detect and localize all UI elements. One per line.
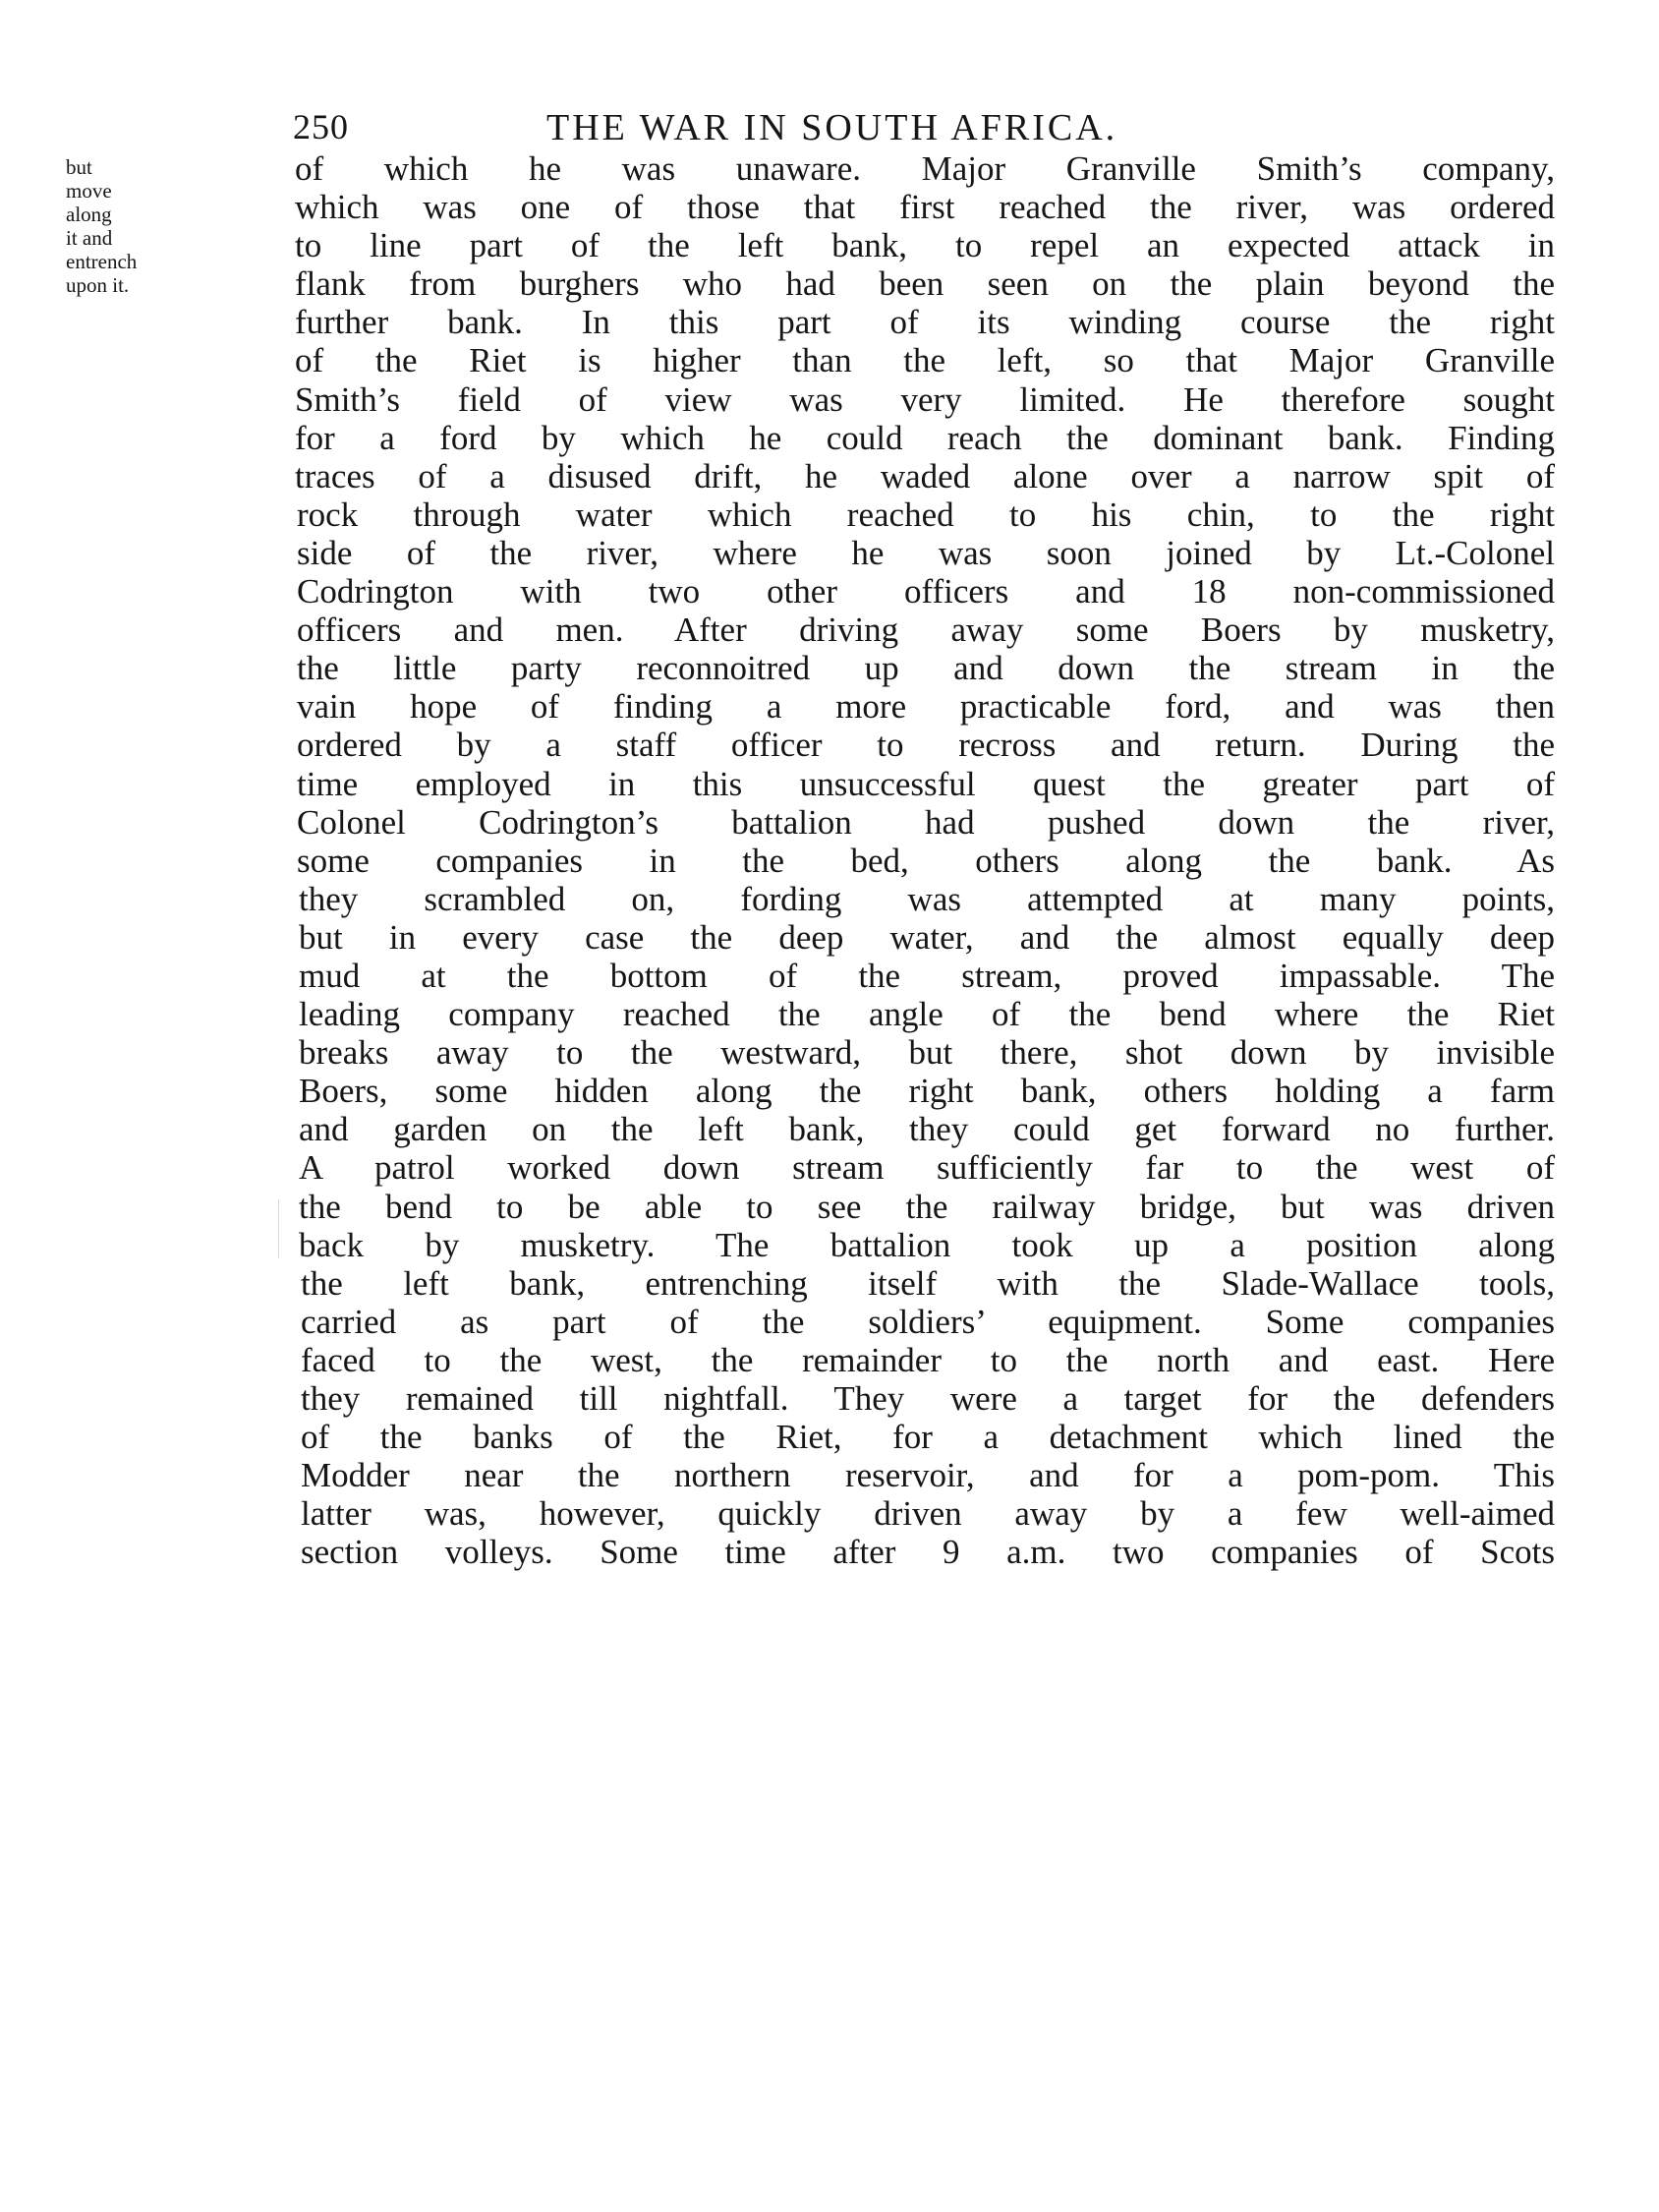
text-line: flank from burghers who had been seen on… [295, 264, 1555, 303]
text-line: further bank. In this part of its windin… [295, 303, 1555, 341]
text-line: Modder near the northern reservoir, and … [295, 1456, 1555, 1494]
text-line: Smith’s field of view was very limited. … [295, 380, 1555, 419]
text-line: back by musketry. The battalion took up … [295, 1226, 1555, 1264]
running-head: 250 THE WAR IN SOUTH AFRICA. [293, 106, 1561, 155]
book-page: 250 THE WAR IN SOUTH AFRICA. but move al… [0, 0, 1659, 2212]
text-line: A patrol worked down stream sufficiently… [295, 1148, 1555, 1187]
text-line: officers and men. After driving away som… [295, 611, 1555, 649]
text-line: for a ford by which he could reach the d… [295, 419, 1555, 457]
text-line: the left bank, entrenching itself with t… [295, 1264, 1555, 1303]
running-title: THE WAR IN SOUTH AFRICA. [546, 106, 1117, 149]
text-line: and garden on the left bank, they could … [295, 1110, 1555, 1148]
text-line: mud at the bottom of the stream, proved … [295, 957, 1555, 995]
text-line: latter was, however, quickly driven away… [295, 1494, 1555, 1533]
text-line: vain hope of finding a more practicable … [295, 687, 1555, 726]
text-line: of the banks of the Riet, for a detachme… [295, 1418, 1555, 1456]
text-line: which was one of those that first reache… [295, 188, 1555, 226]
text-line: to line part of the left bank, to repel … [295, 226, 1555, 264]
text-line: breaks away to the westward, but there, … [295, 1033, 1555, 1072]
text-line: the bend to be able to see the railway b… [295, 1188, 1555, 1226]
text-line: Colonel Codrington’s battalion had pushe… [295, 803, 1555, 842]
margin-note-line: but [66, 155, 203, 179]
text-line: ordered by a staff officer to recross an… [295, 726, 1555, 764]
text-line: traces of a disused drift, he waded alon… [295, 457, 1555, 495]
margin-note-line: move [66, 179, 203, 203]
text-line: the little party reconnoitred up and dow… [295, 649, 1555, 687]
text-line: they scrambled on, fording was attempted… [295, 880, 1555, 918]
text-line: carried as part of the soldiers’ equipme… [295, 1303, 1555, 1341]
margin-note-line: entrench [66, 250, 203, 273]
text-line: Boers, some hidden along the right bank,… [295, 1072, 1555, 1110]
body-paragraph: of which he was unaware. Major Granville… [295, 149, 1555, 1571]
text-line: Codrington with two other officers and 1… [295, 572, 1555, 611]
text-line: leading company reached the angle of the… [295, 995, 1555, 1033]
text-line: of the Riet is higher than the left, so … [295, 341, 1555, 379]
text-line: side of the river, where he was soon joi… [295, 534, 1555, 572]
text-line: section volleys. Some time after 9 a.m. … [295, 1533, 1555, 1571]
text-line: faced to the west, the remainder to the … [295, 1341, 1555, 1379]
margin-note-line: upon it. [66, 273, 203, 297]
text-line: some companies in the bed, others along … [295, 842, 1555, 880]
text-line: but in every case the deep water, and th… [295, 918, 1555, 957]
text-line: of which he was unaware. Major Granville… [295, 149, 1555, 188]
margin-note-line: along [66, 203, 203, 226]
margin-note-line: it and [66, 226, 203, 250]
text-line: time employed in this unsuccessful quest… [295, 765, 1555, 803]
page-number: 250 [293, 106, 349, 147]
gutter-mark [278, 1199, 279, 1258]
text-line: they remained till nightfall. They were … [295, 1379, 1555, 1418]
text-line: rock through water which reached to his … [295, 495, 1555, 534]
margin-note: but move along it and entrench upon it. [66, 155, 203, 297]
